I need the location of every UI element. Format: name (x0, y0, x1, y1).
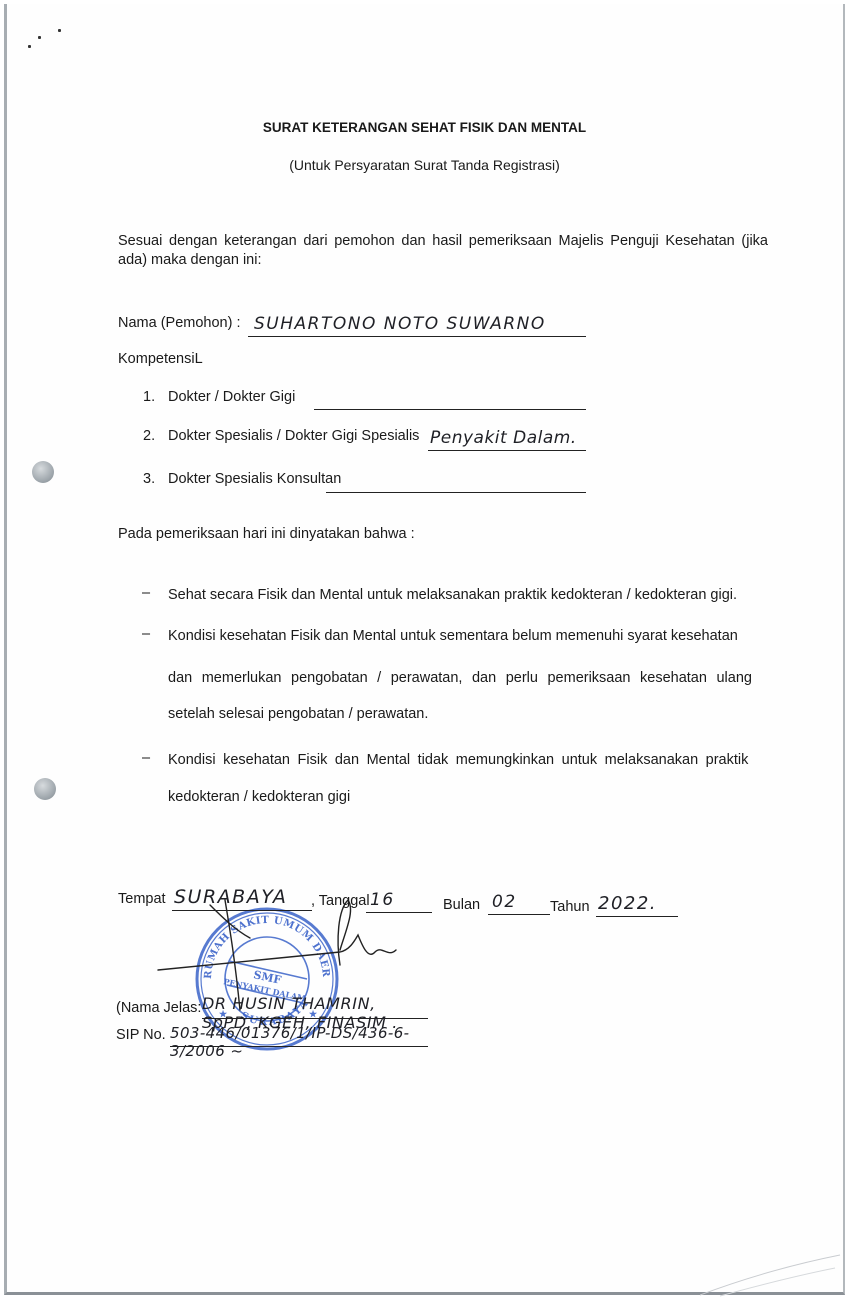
sip-field[interactable]: 503-446/01376/1/IP-DS/436-6-3/2006 ~ (170, 1024, 428, 1047)
signer-name-field[interactable]: DR HUSIN THAMRIN, SpPD, KGEH, FINASIM . (202, 996, 428, 1019)
applicant-label: Nama (Pemohon) : (118, 315, 241, 331)
document-subtitle: (Untuk Persyaratan Surat Tanda Registras… (0, 157, 849, 173)
competence-item-label: Dokter Spesialis / Dokter Gigi Spesialis (168, 428, 419, 444)
applicant-field[interactable]: SUHARTONO NOTO SUWARNO (248, 316, 586, 337)
competence-field-consultant[interactable] (326, 476, 586, 493)
statement-dash: – (142, 626, 150, 642)
year-label: Tahun (550, 899, 590, 915)
intro-paragraph: Sesuai dengan keterangan dari pemohon da… (118, 232, 768, 270)
day-value: 16 (370, 890, 395, 910)
month-value: 02 (492, 892, 517, 912)
scan-speck (38, 36, 41, 39)
sip-label: SIP No. (116, 1027, 166, 1043)
month-label: Bulan (443, 897, 480, 913)
day-field[interactable]: 16 (366, 894, 432, 913)
competence-label: KompetensiL (118, 351, 203, 367)
competence-item-label: Dokter Spesialis Konsultan (168, 471, 341, 487)
signer-name-label: (Nama Jelas: (116, 1000, 201, 1016)
competence-item-number: 2. (143, 428, 155, 444)
sip-value: 503-446/01376/1/IP-DS/436-6-3/2006 ~ (170, 1024, 428, 1060)
day-label: , Tanggal (311, 893, 370, 909)
scan-speck (28, 45, 31, 48)
year-field[interactable]: 2022. (596, 898, 678, 917)
place-field[interactable]: SURABAYA (172, 892, 312, 911)
competence-item-label: Dokter / Dokter Gigi (168, 389, 295, 405)
statement-dash: – (142, 750, 150, 766)
punch-hole-top (32, 461, 54, 483)
month-field[interactable]: 02 (488, 896, 550, 915)
statement-dash: – (142, 585, 150, 601)
scanned-page (4, 4, 845, 1295)
year-value: 2022. (598, 893, 657, 914)
competence-item-number: 3. (143, 471, 155, 487)
competence-field-specialist[interactable]: Penyakit Dalam. (428, 433, 586, 451)
competence-item-number: 1. (143, 389, 155, 405)
document-title: SURAT KETERANGAN SEHAT FISIK DAN MENTAL (0, 120, 849, 135)
applicant-value: SUHARTONO NOTO SUWARNO (254, 314, 546, 334)
place-value: SURABAYA (174, 886, 287, 908)
specialist-value: Penyakit Dalam. (430, 428, 577, 448)
punch-hole-bottom (34, 778, 56, 800)
page-curl-artifact (700, 1240, 849, 1299)
statement-option-healthy[interactable]: Sehat secara Fisik dan Mental untuk mela… (168, 587, 766, 603)
place-label: Tempat (118, 891, 166, 907)
statement-intro: Pada pemeriksaan hari ini dinyatakan bah… (118, 526, 415, 542)
competence-field-general[interactable] (314, 393, 586, 410)
scan-speck (58, 29, 61, 32)
